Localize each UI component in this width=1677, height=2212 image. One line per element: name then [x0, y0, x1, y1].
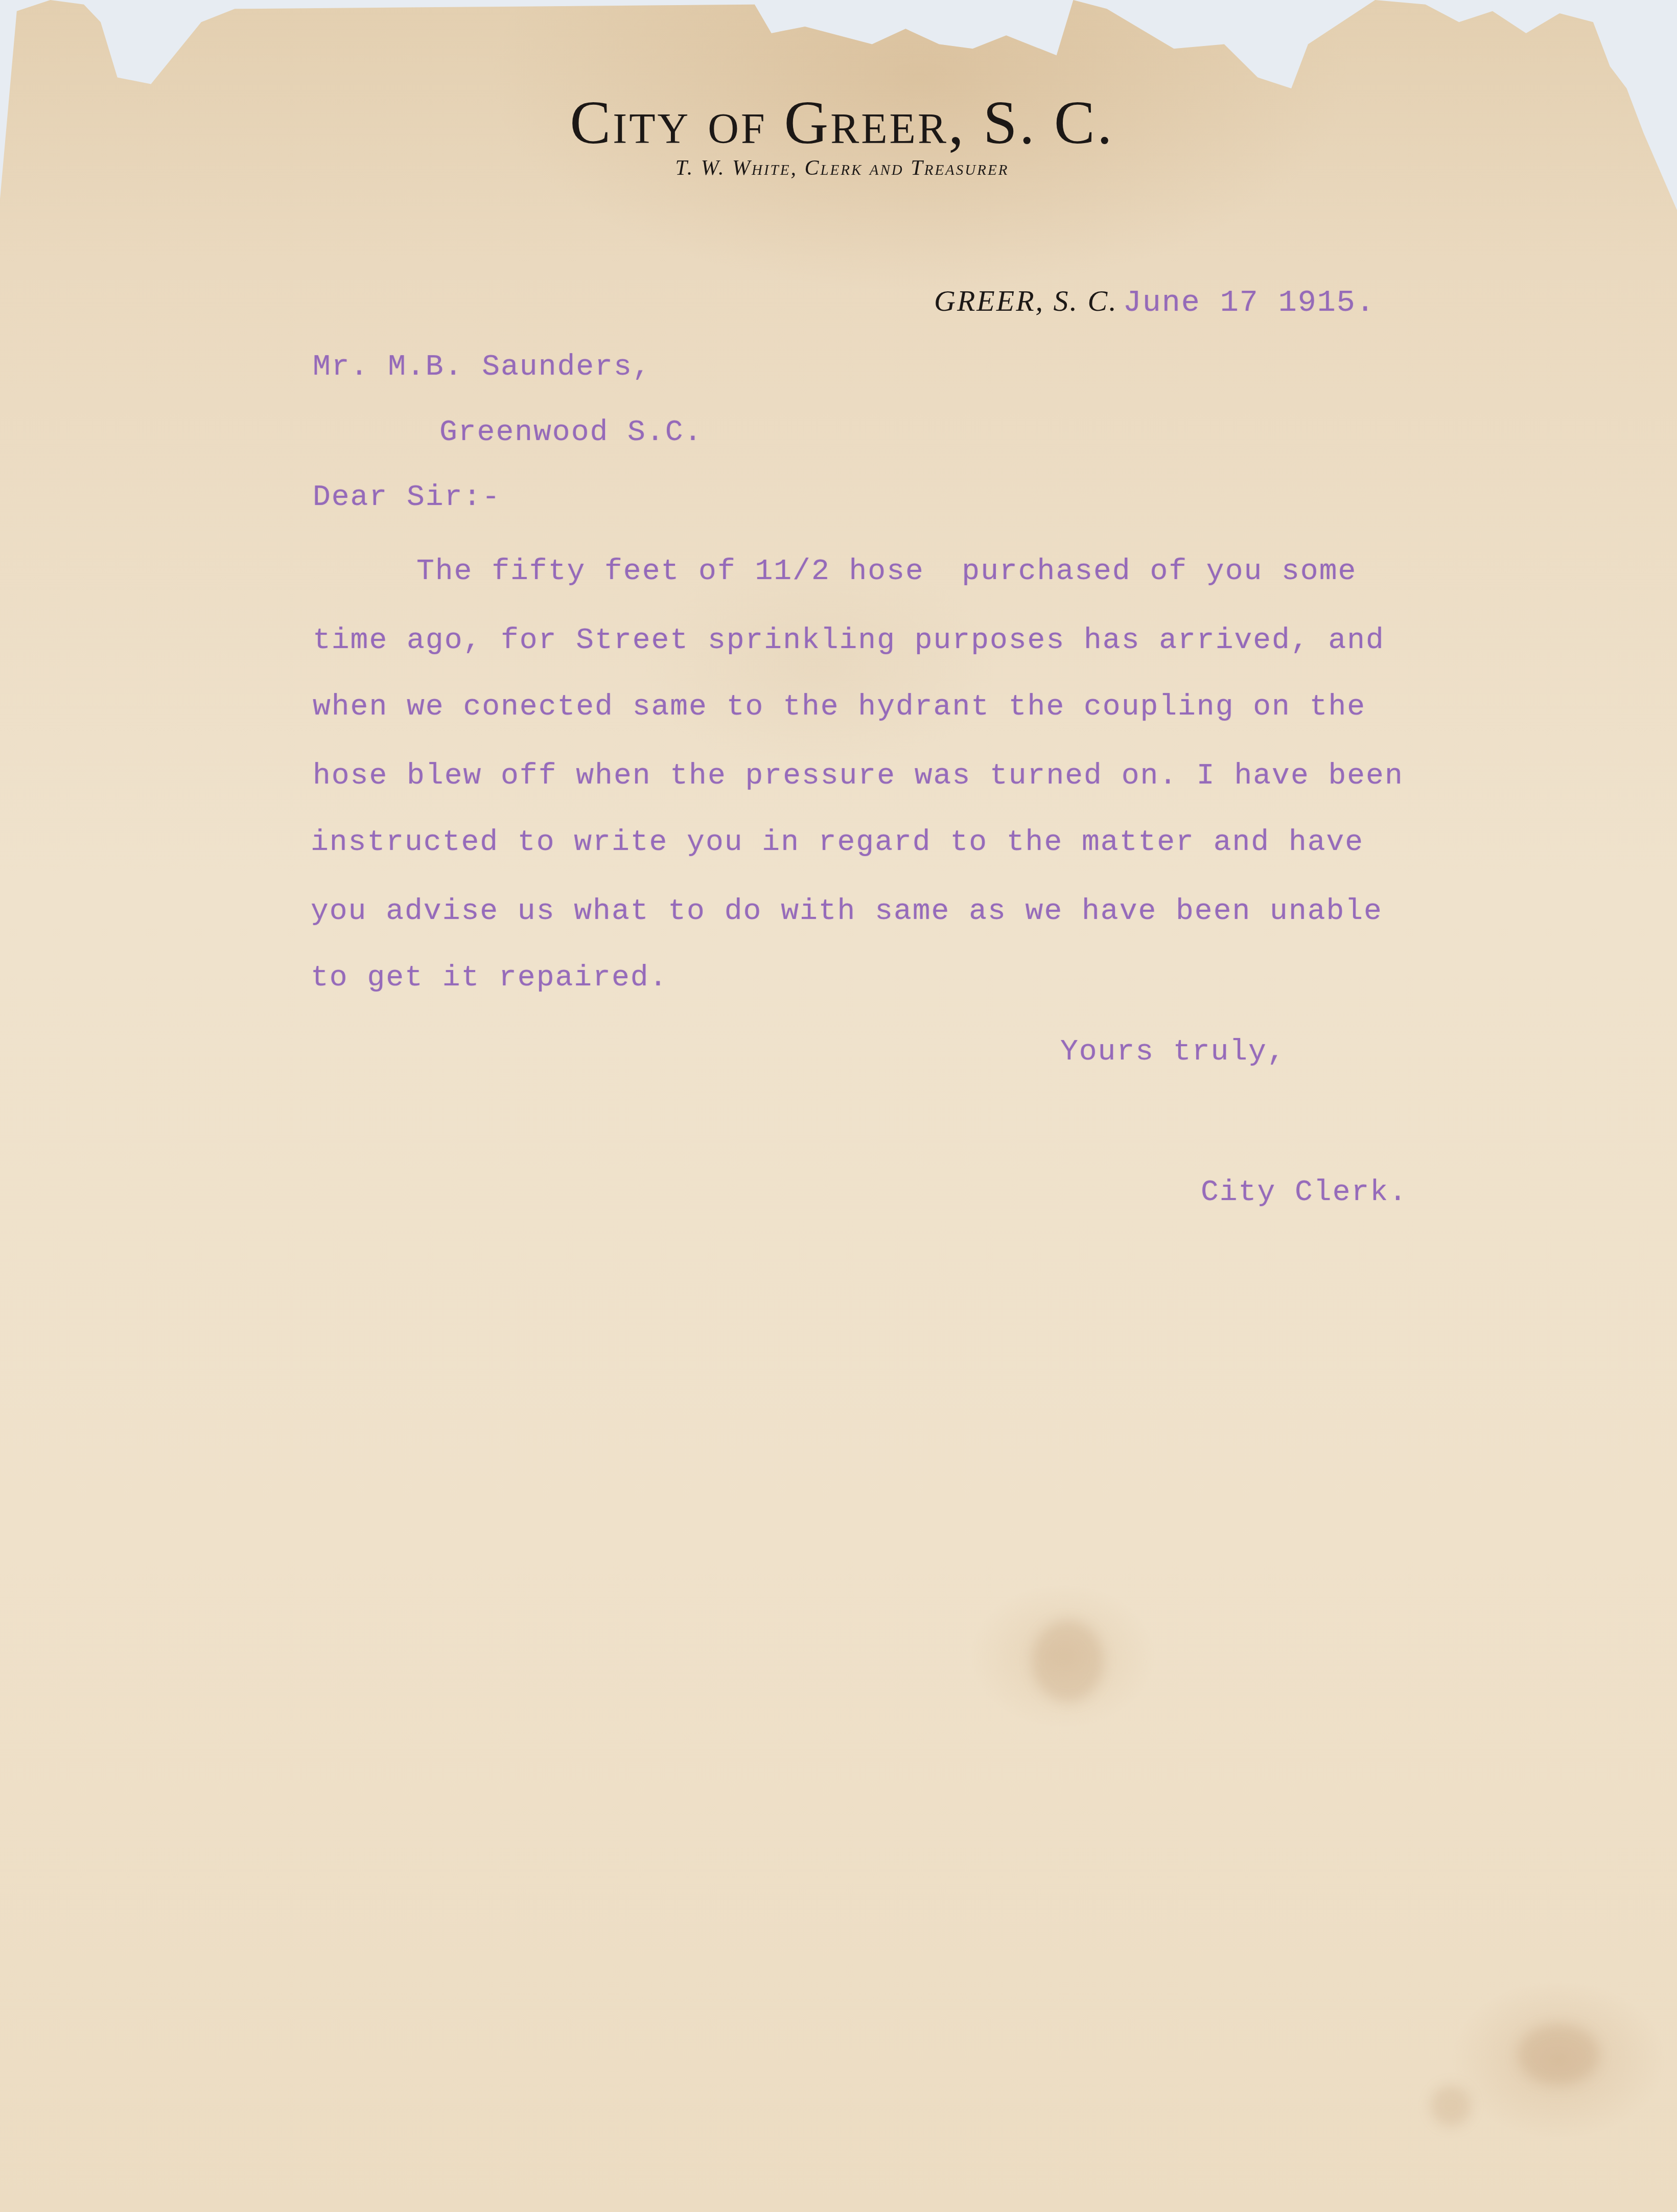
paper-stain [1518, 2024, 1599, 2085]
body-line: The fifty feet of 11/2 hose purchased of… [416, 557, 1357, 587]
salutation: Dear Sir:- [313, 483, 501, 513]
recipient-address: Greenwood S.C. [439, 418, 703, 448]
body-line: when we conected same to the hydrant the… [313, 693, 1366, 722]
body-line: instructed to write you in regard to the… [311, 828, 1364, 858]
body-line: to get it repaired. [311, 963, 668, 993]
body-line: you advise us what to do with same as we… [311, 897, 1383, 927]
recipient-name: Mr. M.B. Saunders, [313, 353, 651, 382]
letter-sheet: City of Greer, S. C. T. W. White, Clerk … [0, 0, 1677, 2212]
closing: Yours truly, [1060, 1038, 1286, 1067]
dateline: GREER, S. C.June 17 1915. [934, 286, 1376, 318]
dateline-date: June 17 1915. [1123, 286, 1376, 320]
body-line: hose blew off when the pressure was turn… [313, 762, 1404, 791]
dateline-place: GREER, S. C. [934, 284, 1118, 317]
signature-title: City Clerk. [1201, 1178, 1408, 1208]
body-line: time ago, for Street sprinkling purposes… [313, 626, 1385, 656]
letterhead-title: City of Greer, S. C. [525, 92, 1159, 153]
letterhead-subtitle: T. W. White, Clerk and Treasurer [525, 156, 1159, 180]
paper-stain [1032, 1620, 1104, 1702]
paper-stain [1431, 2085, 1472, 2126]
